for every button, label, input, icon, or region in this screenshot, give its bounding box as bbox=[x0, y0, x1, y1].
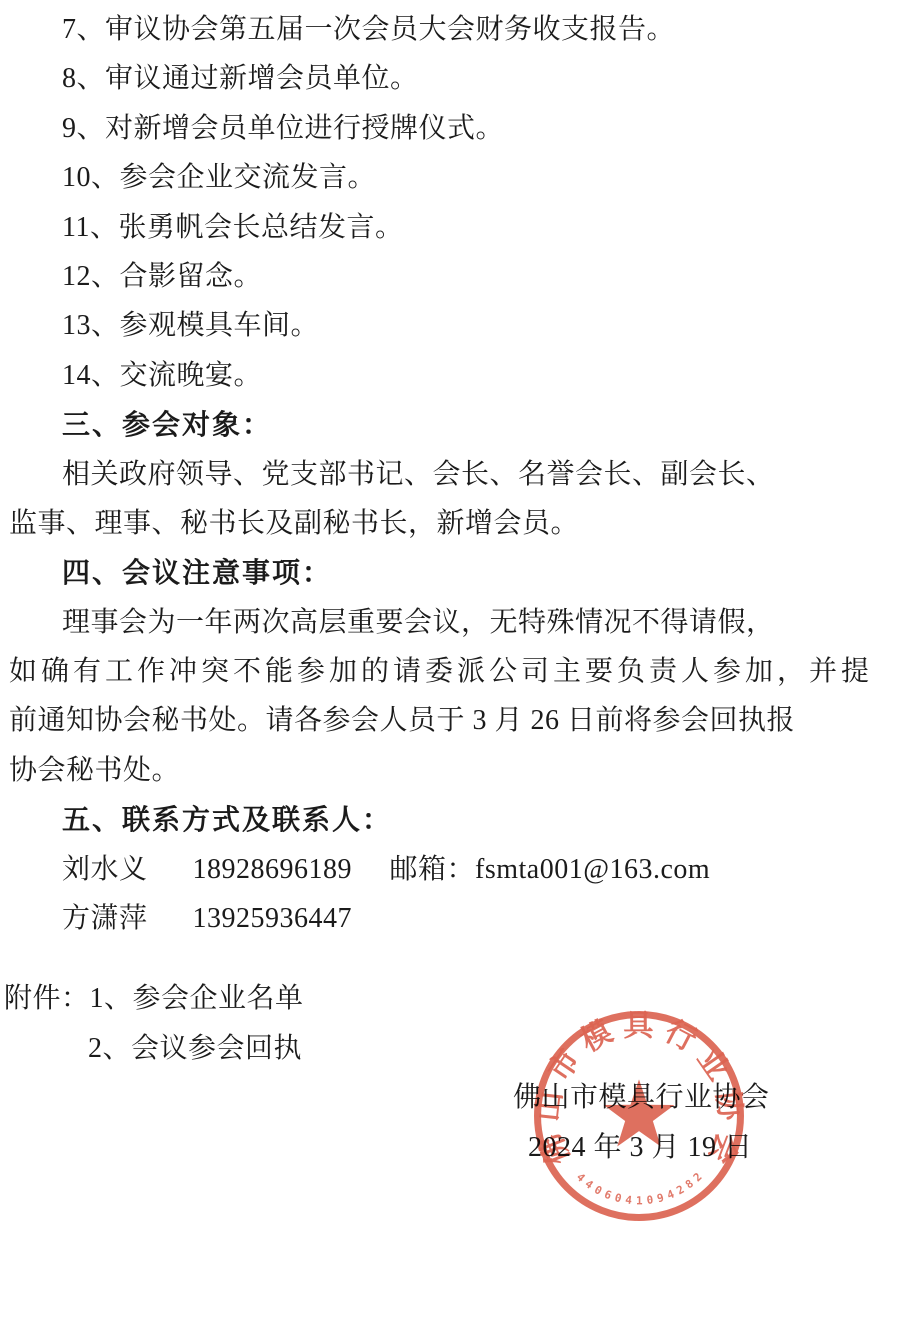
section-heading-contacts: 五、联系方式及联系人： bbox=[0, 795, 900, 844]
agenda-item-7: 7、审议协会第五届一次会员大会财务收支报告。 bbox=[0, 5, 900, 54]
notes-text-line-2: 如确有工作冲突不能参加的请委派公司主要负责人参加，并提 bbox=[0, 647, 900, 696]
notes-text-line-3: 前通知协会秘书处。请各参会人员于 3 月 26 日前将参会回执报 bbox=[0, 696, 900, 745]
agenda-item-11: 11、张勇帆会长总结发言。 bbox=[0, 203, 900, 252]
contact-line-fang: 方潇萍 13925936447 bbox=[0, 894, 900, 943]
attendees-text-line-2: 监事、理事、秘书长及副秘书长，新增会员。 bbox=[0, 499, 900, 548]
agenda-item-12: 12、合影留念。 bbox=[0, 252, 900, 301]
document-page: 7、审议协会第五届一次会员大会财务收支报告。 8、审议通过新增会员单位。 9、对… bbox=[0, 0, 900, 1331]
notes-text-line-1: 理事会为一年两次高层重要会议，无特殊情况不得请假， bbox=[0, 598, 900, 647]
contact-line-liu: 刘水义 18928696189 邮箱：fsmta001@163.com bbox=[0, 845, 900, 894]
agenda-item-14: 14、交流晚宴。 bbox=[0, 351, 900, 400]
signature-org: 佛山市模具行业协会 bbox=[0, 1073, 900, 1122]
agenda-item-8: 8、审议通过新增会员单位。 bbox=[0, 54, 900, 103]
attachment-line-1: 附件：1、参会企业名单 bbox=[0, 974, 900, 1023]
seal-number-path: 4406041094282 bbox=[574, 1170, 705, 1207]
attachment-line-2: 2、会议参会回执 bbox=[0, 1024, 900, 1073]
agenda-item-13: 13、参观模具车间。 bbox=[0, 301, 900, 350]
attendees-text-line-1: 相关政府领导、党支部书记、会长、名誉会长、副会长、 bbox=[0, 450, 900, 499]
seal-number: 4406041094282 bbox=[574, 1170, 705, 1207]
section-heading-notes: 四、会议注意事项： bbox=[0, 548, 900, 597]
agenda-item-10: 10、参会企业交流发言。 bbox=[0, 153, 900, 202]
section-heading-attendees: 三、参会对象： bbox=[0, 400, 900, 449]
notes-text-line-4: 协会秘书处。 bbox=[0, 746, 900, 795]
signature-date: 2024 年 3 月 19 日 bbox=[0, 1123, 900, 1172]
blank-gap bbox=[0, 943, 900, 974]
agenda-item-9: 9、对新增会员单位进行授牌仪式。 bbox=[0, 104, 900, 153]
